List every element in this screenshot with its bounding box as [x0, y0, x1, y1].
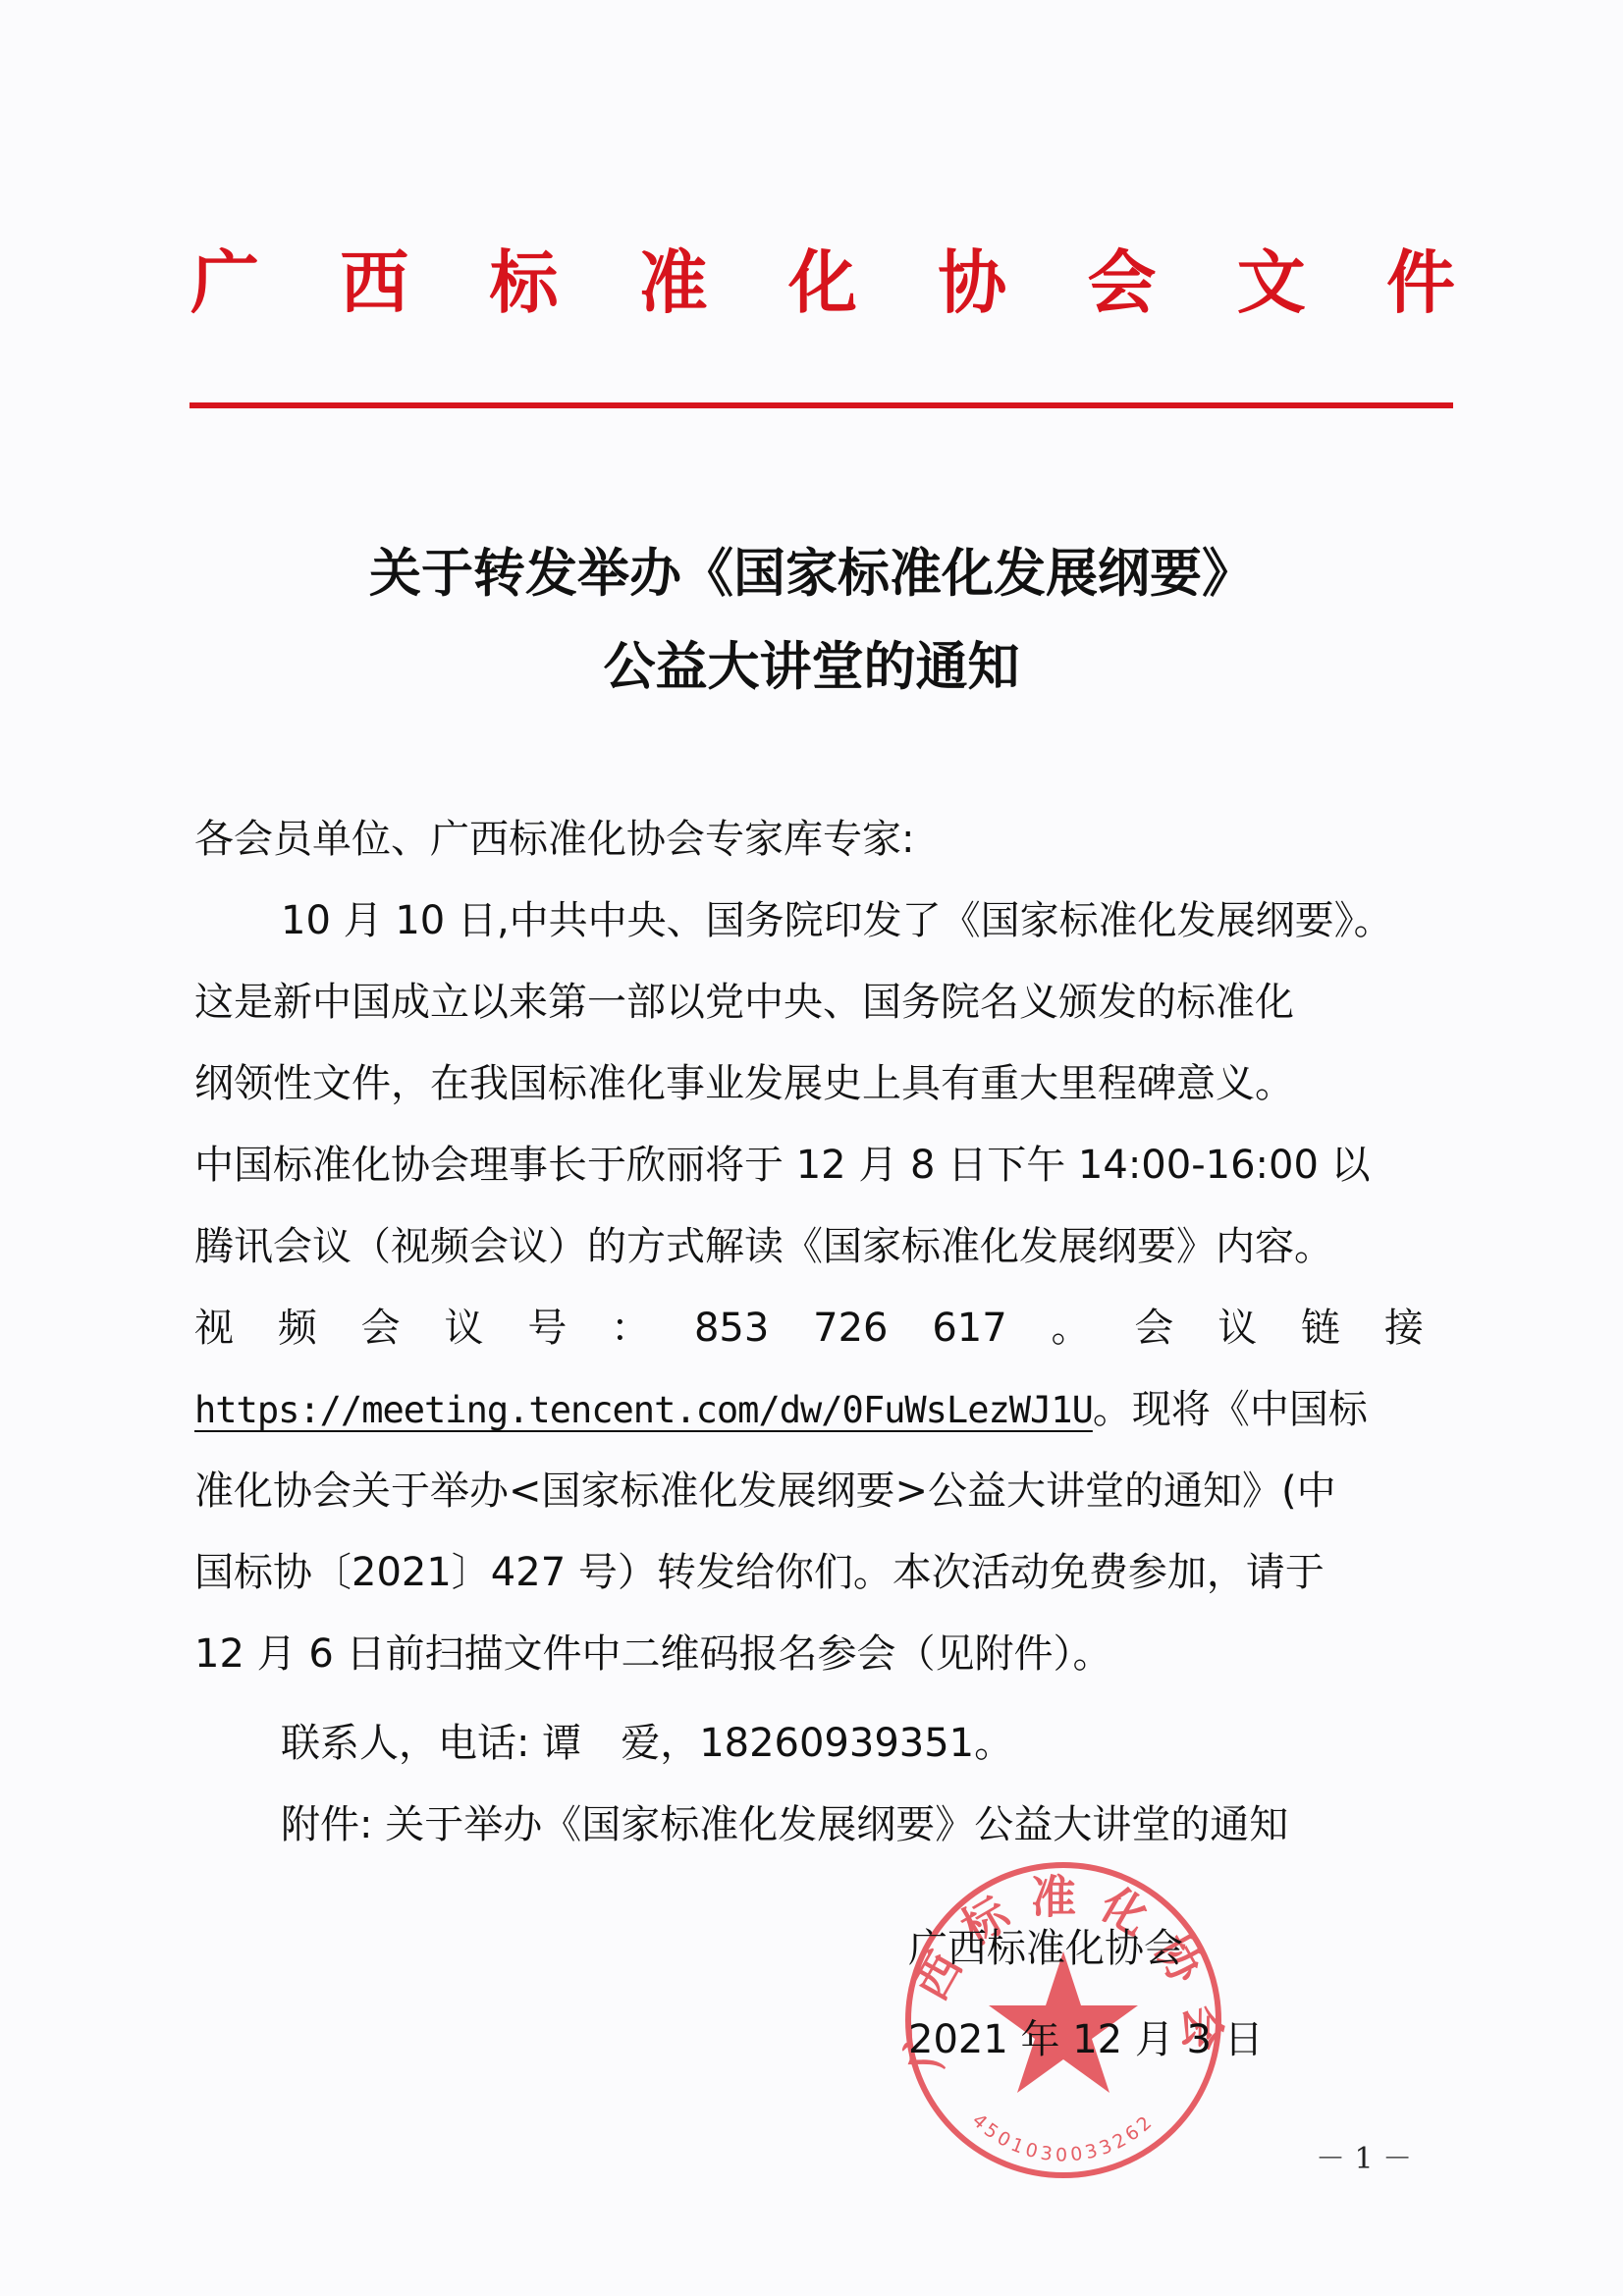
page-number: － 1 －	[1316, 2134, 1412, 2177]
meeting-id-part: 853	[694, 1288, 769, 1369]
token: ：	[611, 1288, 650, 1369]
meeting-id-part: 617	[932, 1288, 1006, 1369]
header-char: 会	[1087, 234, 1158, 332]
header-char: 件	[1385, 234, 1456, 332]
url-line: https://meeting.tencent.com/dw/0FuWsLezW…	[194, 1369, 1424, 1451]
token: 频	[278, 1288, 317, 1369]
token: 视	[194, 1288, 234, 1369]
red-divider	[189, 402, 1453, 408]
token: 议	[1217, 1288, 1257, 1369]
header-char: 化	[787, 234, 858, 332]
body-line: 这是新中国成立以来第一部以党中央、国务院名义颁发的标准化	[194, 962, 1424, 1043]
url-line-tail: 。现将《中国标	[1093, 1387, 1368, 1432]
attachment-line: 附件: 关于举办《国家标准化发展纲要》公益大讲堂的通知	[194, 1785, 1424, 1866]
header-char: 广	[189, 234, 260, 332]
header-char: 准	[638, 234, 709, 332]
header-char: 西	[339, 234, 409, 332]
header-char: 标	[489, 234, 560, 332]
document-title-line-2: 公益大讲堂的通知	[0, 620, 1623, 714]
document-issuer-header: 广 西 标 准 化 协 会 文 件	[189, 234, 1456, 332]
meeting-id-part: 726	[813, 1288, 888, 1369]
contact-line: 联系人，电话: 谭 爱，18260939351。	[194, 1703, 1424, 1785]
token: 会	[361, 1288, 401, 1369]
signature-organization: 广西标准化协会	[908, 1919, 1183, 1978]
header-char: 协	[937, 234, 1007, 332]
body-line: 腾讯会议（视频会议）的方式解读《国家标准化发展纲要》内容。	[194, 1206, 1424, 1288]
signature-date: 2021 年 12 月 3 日	[908, 2010, 1264, 2069]
token: 接	[1384, 1288, 1424, 1369]
body-line: 纲领性文件，在我国标准化事业发展史上具有重大里程碑意义。	[194, 1043, 1424, 1125]
header-char: 文	[1236, 234, 1307, 332]
token: 号	[527, 1288, 567, 1369]
token: 会	[1134, 1288, 1173, 1369]
body-line: 准化协会关于举办<国家标准化发展纲要>公益大讲堂的通知》(中	[194, 1451, 1424, 1532]
document-body: 各会员单位、广西标准化协会专家库专家: 10 月 10 日,中共中央、国务院印发…	[194, 799, 1424, 1866]
token: 议	[444, 1288, 483, 1369]
body-line: 中国标准化协会理事长于欣丽将于 12 月 8 日下午 14:00-16:00 以	[194, 1125, 1424, 1206]
salutation: 各会员单位、广西标准化协会专家库专家:	[194, 799, 1424, 881]
meeting-link[interactable]: https://meeting.tencent.com/dw/0FuWsLezW…	[194, 1389, 1093, 1431]
body-line: 12 月 6 日前扫描文件中二维码报名参会（见附件）。	[194, 1614, 1424, 1695]
meeting-number-line: 视 频 会 议 号 ： 853 726 617 。 会 议 链 接	[194, 1288, 1424, 1369]
body-line: 10 月 10 日,中共中央、国务院印发了《国家标准化发展纲要》。	[194, 881, 1424, 962]
token: 。	[1052, 1288, 1091, 1369]
token: 链	[1301, 1288, 1340, 1369]
body-line: 国标协〔2021〕427 号）转发给你们。本次活动免费参加，请于	[194, 1532, 1424, 1614]
document-title-line-1: 关于转发举办《国家标准化发展纲要》	[0, 527, 1623, 620]
